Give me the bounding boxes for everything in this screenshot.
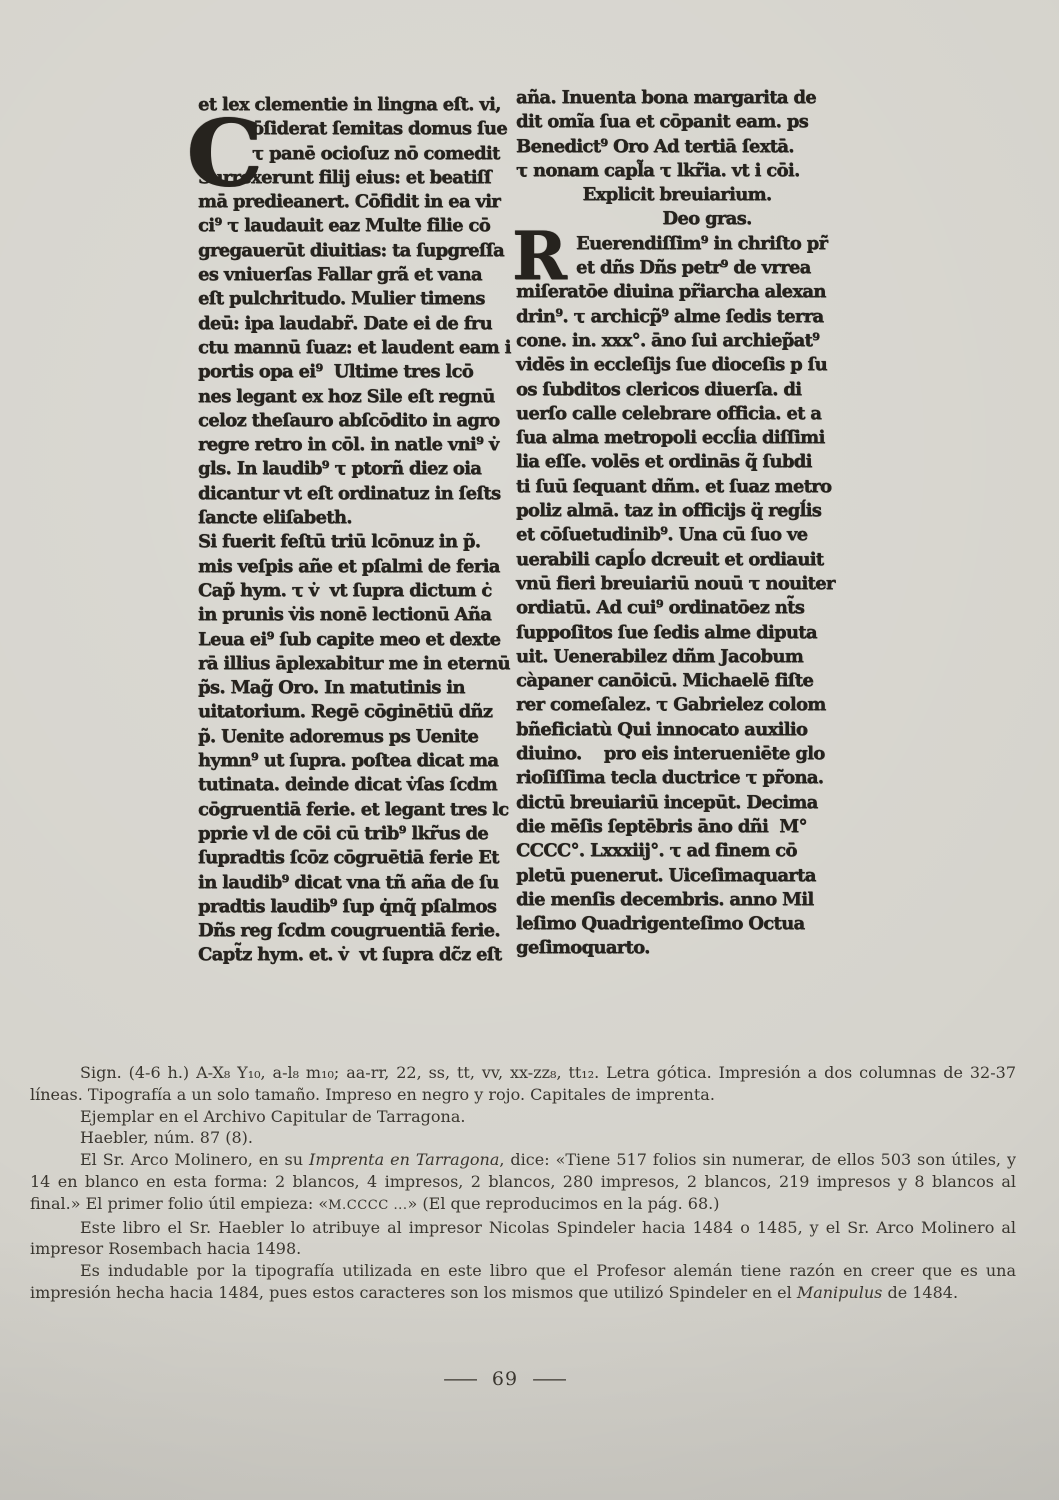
note-text-segment: » (El que reproducimos en la pág. 68.) [408,1194,720,1213]
facsimile-block: C et lex clementie in lingna eſt. vi,ōſi… [198,86,853,976]
facsimile-text-line: vidēs in eccleſijs ſue dioceſis p ſu [516,353,838,377]
facsimile-text-line: gregauerūt diuitias: ta ſupgreſſa [198,239,504,263]
page-number: — 69 — [0,1368,1010,1390]
facsimile-text-line: Leua ei⁹ ſub capite meo et dexte [198,628,504,652]
facsimile-right-column: R aña. Inuenta bona margarita dedit omĩa… [516,86,838,961]
facsimile-text-line: uit. Uenerabilez dñm Jacobum [516,645,838,669]
facsimile-text-line: càpaner canōicū. Michaelē fiſte [516,669,838,693]
facsimile-text-line: p̃s. Mag̃ Oro. In matutinis in [198,676,504,700]
facsimile-left-column: C et lex clementie in lingna eſt. vi,ōſi… [198,93,504,968]
facsimile-text-line: ordiatū. Ad cui⁹ ordinatōez nt̃s [516,596,838,620]
page-number-value: 69 [492,1368,518,1390]
facsimile-text-line: pprie vl de cōi cū trib⁹ lkr̃us de [198,822,504,846]
facsimile-text-line: Capt̃z hym. et. v̇ vt ſupra dc̃z eſt [198,943,504,967]
facsimile-text-line: CCCC°. Lxxxiij°. τ ad finem cō [516,839,838,863]
facsimile-text-line: Dñs reg ſcdm cougruentiā ferie. [198,919,504,943]
page-number-dash-left: — [442,1368,478,1390]
note-text-segment: Haebler, núm. 87 (8). [80,1128,253,1147]
note-text-segment: Sign. (4-6 h.) A-X₈ Y₁₀, a-l₈ m₁₀; aa-rr… [30,1063,1016,1104]
facsimile-text-line: die mēſis ſeptēbris āno dñi M° [516,815,838,839]
facsimile-text-line: os ſubditos clericos diuerſa. di [516,378,838,402]
facsimile-text-line: eſt pulchritudo. Mulier timens [198,287,504,311]
facsimile-text-line: diuino. pro eis interueniēte glo [516,742,838,766]
note-text-segment: Este libro el Sr. Haebler lo atribuye al… [30,1218,1016,1259]
facsimile-text-line: uerſo calle celebrare officia. et a [516,402,838,426]
facsimile-text-line: cone. in. xxx°. āno ſui archiep̃at⁹ [516,329,838,353]
note-text-segment: El Sr. Arco Molinero, en su [80,1150,309,1169]
facsimile-text-line: Cap̃ hym. τ v̇ vt ſupra dictum ċ [198,579,504,603]
facsimile-text-line: gls. In laudib⁹ τ ptorñ diez oia [198,457,504,481]
facsimile-text-line: rioſiſſima tecla ductrice τ pr̃ona. [516,766,838,790]
facsimile-text-line: mis veſpis añe et pſalmi de feria [198,555,504,579]
facsimile-left-lines: et lex clementie in lingna eſt. vi,ōſide… [198,93,504,968]
note-ejemplar: Ejemplar en el Archivo Capitular de Tarr… [30,1106,1016,1128]
facsimile-text-line: deū: ipa laudabr̃. Date ei de fru [198,312,504,336]
facsimile-text-line: ctu mannū ſuaz: et laudent eam i [198,336,504,360]
facsimile-text-line: Explicit breuiarium. [516,183,838,207]
facsimile-text-line: leſimo Quadrigenteſimo Octua [516,912,838,936]
facsimile-text-line: rā illius āplexabitur me in eternū [198,652,504,676]
facsimile-text-line: in prunis v̇is nonē lectionū Aña [198,603,504,627]
note-arco-molinero: El Sr. Arco Molinero, en su Imprenta en … [30,1149,1016,1216]
facsimile-text-line: in laudib⁹ dicat vna tñ aña de ſu [198,871,504,895]
facsimile-text-line: ci⁹ τ laudauit eaz Multe filie cō [198,214,504,238]
note-haebler: Haebler, núm. 87 (8). [30,1127,1016,1149]
facsimile-text-line: drin⁹. τ archicp̃⁹ alme ſedis terra [516,305,838,329]
facsimile-text-line: ti ſuū ſequant dñm. et ſuaz metro [516,475,838,499]
facsimile-text-line: rer comeſalez. τ Gabrielez colom [516,693,838,717]
bibliographic-notes: Sign. (4-6 h.) A-X₈ Y₁₀, a-l₈ m₁₀; aa-rr… [30,1062,1016,1304]
facsimile-text-line: bñeficiatù Qui innocato auxilio [516,718,838,742]
facsimile-text-line: portis opa ei⁹ Ultime tres lcō [198,360,504,384]
note-text-segment: Manipulus [797,1283,883,1302]
note-conclusion: Es indudable por la tipografía utilizada… [30,1260,1016,1304]
facsimile-text-line: dictū breuiariū incepūt. Decima [516,791,838,815]
facsimile-text-line: ſupradtis ſcōz cōgruētiā ferie Et [198,846,504,870]
facsimile-text-line: poliz almā. taz in officijs q̈ regĺis [516,499,838,523]
facsimile-text-line: die menſis decembris. anno Mil [516,888,838,912]
page-number-dash-right: — [532,1368,568,1390]
note-text-segment: Imprenta en Tarragona [309,1150,499,1169]
note-atribucion: Este libro el Sr. Haebler lo atribuye al… [30,1217,1016,1261]
facsimile-text-line: cōgruentiā ferie. et legant tres lc [198,798,504,822]
drop-cap-initial-r: R [512,228,567,284]
note-text-segment: de 1484. [882,1283,958,1302]
facsimile-text-line: dicantur vt eſt ordinatuz in ſeſts [198,482,504,506]
facsimile-text-line: τ nonam capl̃a τ lkr̃ia. vt i cōi. [516,159,838,183]
facsimile-text-line: ſuppoſitos ſue ſedis alme diputa [516,621,838,645]
facsimile-text-line: lia eſſe. volēs et ordinās q̃ ſubdi [516,450,838,474]
facsimile-text-line: hymn⁹ ut ſupra. poſtea dicat ma [198,749,504,773]
facsimile-text-line: vnū fieri breuiariū nouū τ nouiter [516,572,838,596]
facsimile-text-line: uerabili capĺo dcreuit et ordiauit [516,548,838,572]
facsimile-text-line: tutinata. deinde dicat v̇ſas ſcdm [198,773,504,797]
note-text-segment: Ejemplar en el Archivo Capitular de Tarr… [80,1107,465,1126]
facsimile-text-line: uitatorium. Regē cōginētiū dñz [198,700,504,724]
facsimile-text-line: Si fuerit feſtū triū lcōnuz in p̃. [198,530,504,554]
facsimile-text-line: aña. Inuenta bona margarita de [516,86,838,110]
facsimile-text-line: Benedict⁹ Oro Ad tertiā ſextā. [516,135,838,159]
facsimile-text-line: p̃. Uenite adoremus ps Uenite [198,725,504,749]
note-collation: Sign. (4-6 h.) A-X₈ Y₁₀, a-l₈ m₁₀; aa-rr… [30,1062,1016,1106]
facsimile-text-line: dit omĩa ſua et cōpanit eam. ps [516,110,838,134]
note-text-segment: M.CCCC ... [328,1198,407,1213]
facsimile-text-line: et cōſuetudinib⁹. Una cū ſuo ve [516,523,838,547]
facsimile-text-line: ſua alma metropoli eccĺia diſſimi [516,426,838,450]
facsimile-text-line: pradtis laudib⁹ ſup q̇nq̃ pſalmos [198,895,504,919]
facsimile-text-line: ſancte eliſabeth. [198,506,504,530]
facsimile-text-line: pletū puenerut. Uiceſimaquarta [516,864,838,888]
facsimile-text-line: regre retro in cōl. in natle vni⁹ v̇ [198,433,504,457]
facsimile-text-line: geſimoquarto. [516,936,838,960]
facsimile-text-line: es vniuerſas Fallar grã et vana [198,263,504,287]
facsimile-text-line: celoz theſauro abſcōdito in agro [198,409,504,433]
facsimile-text-line: nes legant ex hoz Sile eſt regnū [198,385,504,409]
drop-cap-initial-c: C [186,115,263,191]
scanned-book-page: C et lex clementie in lingna eſt. vi,ōſi… [0,0,1059,1500]
